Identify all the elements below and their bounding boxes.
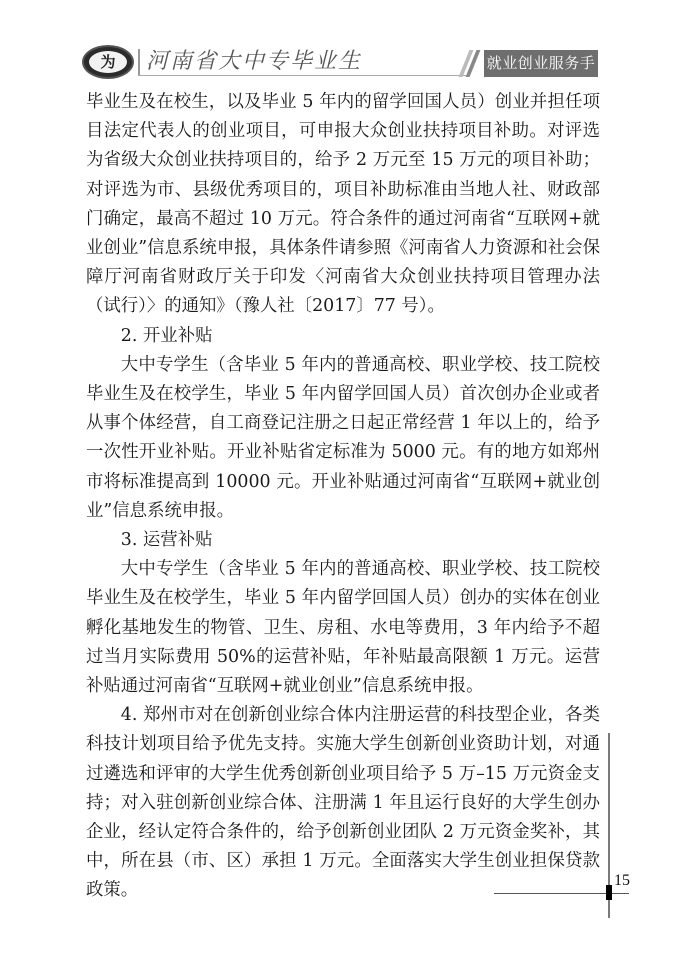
title-divider xyxy=(138,49,140,76)
logo-glyph: 为 xyxy=(89,51,127,73)
header-rule xyxy=(138,75,466,76)
section-heading-operating-subsidy: 3. 运营补贴 xyxy=(86,526,600,555)
paragraph-operating-subsidy: 大中专学生（含毕业 5 年内的普通高校、职业学校、技工院校毕业生及在校学生，毕业… xyxy=(86,555,600,701)
page-header: 为 河南省大中专毕业生 就业创业服务手册 xyxy=(0,0,679,90)
section-heading-opening-subsidy: 2. 开业补贴 xyxy=(86,322,600,351)
header-section-label: 就业创业服务手册 xyxy=(484,50,598,77)
header-title: 河南省大中专毕业生 xyxy=(146,48,362,76)
page-marker-icon xyxy=(606,885,612,900)
paragraph-opening-subsidy: 大中专学生（含毕业 5 年内的普通高校、职业学校、技工院校毕业生及在校学生，毕业… xyxy=(86,351,600,526)
logo-emblem-icon: 为 xyxy=(82,45,134,79)
paragraph-continued: 毕业生及在校生，以及毕业 5 年内的留学回国人员）创业并担任项目法定代表人的创业… xyxy=(86,88,600,322)
slash-decoration-icon xyxy=(464,50,486,77)
paragraph-zhengzhou-support: 4. 郑州市对在创新创业综合体内注册运营的科技型企业，各类科技计划项目给予优先支… xyxy=(86,701,600,905)
page-body: 毕业生及在校生，以及毕业 5 年内的留学回国人员）创业并担任项目法定代表人的创业… xyxy=(86,88,600,906)
page-number: 15 xyxy=(614,872,630,890)
